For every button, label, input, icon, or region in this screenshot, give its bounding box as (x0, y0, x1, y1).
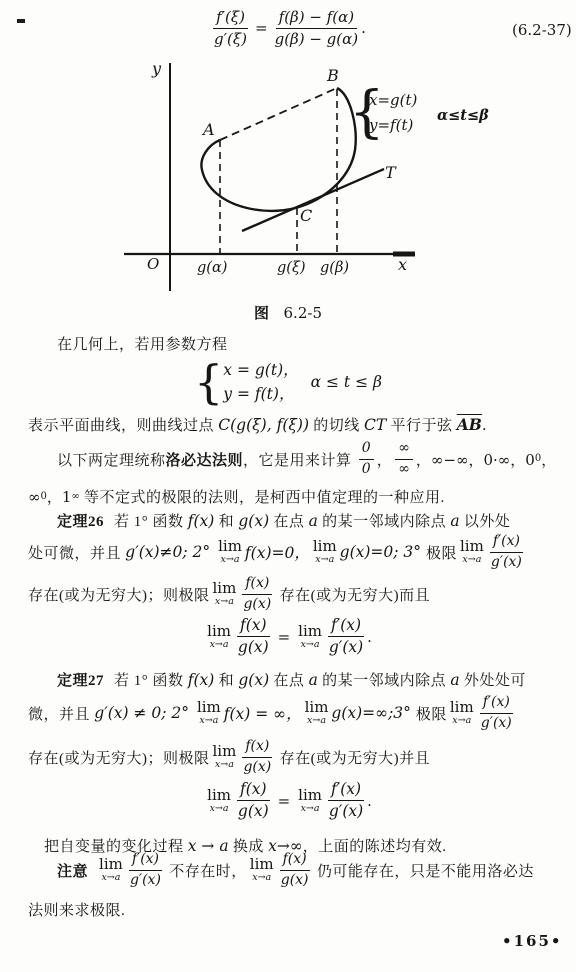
period: . (367, 792, 372, 810)
text: 法则来求极限. (28, 899, 125, 920)
math-a: a (309, 512, 318, 530)
text: 外处处可 (460, 669, 526, 690)
math-g-limit-zero: g(x)=0; 3° (340, 543, 426, 561)
figure-caption: 图 6.2-5 (0, 302, 576, 323)
text: 和 (214, 669, 238, 690)
denominator: g′(x) (130, 871, 161, 890)
math-g-prime-nonzero: g′(x) ≠ 0; 2° (94, 704, 194, 722)
caption-number: 6.2-5 (284, 304, 322, 322)
lim-word: lim (460, 539, 484, 554)
lim-word: lim (213, 581, 237, 596)
math-f-x: f(x) (188, 512, 215, 530)
numerator: f(x) (280, 851, 310, 871)
math-point-C: C(g(ξ), f(ξ)) (218, 416, 309, 434)
lim-word: lim (305, 700, 329, 715)
fraction: f′(ξ) g′(ξ) (213, 8, 248, 49)
math-CT: CT (364, 416, 386, 434)
limit: limx→a (305, 700, 329, 726)
numerator: ∞ (395, 440, 413, 460)
numerator: f(x) (237, 780, 270, 801)
lim-subscript: x→a (210, 640, 229, 650)
text: 和 (214, 510, 238, 531)
lim-subscript: x→a (215, 597, 234, 607)
numerator: 0 (359, 440, 374, 460)
fraction-functions: f(x)g(x) (242, 575, 272, 613)
theorem-26-line2: 处可微，并且 g′(x)≠0; 2° limx→a f(x)=0， limx→a… (28, 533, 526, 571)
lim-subscript: x→a (301, 804, 320, 814)
lim-word: lim (197, 700, 221, 715)
tick-label-g-beta: g(β) (320, 260, 349, 276)
lim-word: lim (298, 788, 322, 803)
lim-subscript: x→a (452, 716, 471, 726)
point-label-B: B (326, 66, 339, 85)
limit: limx→a (213, 744, 237, 770)
x-axis-label: x (398, 255, 407, 274)
text: 仍可能存在，只是不能用洛必达 (313, 860, 534, 881)
numerator: f′(x) (328, 616, 364, 637)
denominator: g′(x) (329, 637, 363, 657)
text: 存在(或为无穷大)；则极限 (28, 747, 210, 768)
lim-word: lim (218, 539, 242, 554)
equals-sign: = (278, 628, 291, 646)
param-y-equation: y = f(t)， (223, 382, 298, 406)
denominator: g′(x) (329, 801, 363, 821)
text: 的某一邻域内除点 (318, 510, 451, 531)
text: 在点 (269, 510, 309, 531)
denominator: g(x) (243, 595, 271, 614)
note-label: 注意 (57, 860, 88, 881)
fraction: f(β) − f(α) g(β) − g(α) (275, 8, 359, 49)
point-label-T: T (385, 163, 397, 182)
math-f-limit-inf: f(x) = ∞， (224, 702, 302, 724)
text: 不存在时， (165, 860, 247, 881)
math-a: a (450, 512, 459, 530)
denominator: g(x) (238, 637, 269, 657)
lim-word: lim (450, 700, 474, 715)
lim-subscript: x→a (301, 640, 320, 650)
paragraph-geometry-intro: 在几何上，若用参数方程 (57, 333, 228, 354)
text: 的切线 (309, 414, 364, 435)
text: 的某一邻域内除点 (318, 669, 451, 690)
lim-subscript: x→a (215, 760, 234, 770)
text: 平行于弦 (386, 414, 457, 435)
fraction-functions: f(x)g(x) (242, 738, 272, 776)
text: 在点 (269, 669, 309, 690)
denominator: 0 (362, 460, 371, 479)
period: . (482, 416, 487, 434)
fraction-derivatives: f′(x)g′(x) (480, 694, 513, 732)
math-chord-AB: AB (457, 415, 482, 434)
fraction-functions: f(x)g(x) (237, 780, 270, 822)
parametric-system-display: { x = g(t)， y = f(t)， α ≤ t ≤ β (0, 358, 576, 406)
text: 极限 (426, 542, 457, 563)
text: 等不定式的极限的法则，是柯西中值定理的一种应用. (80, 486, 445, 507)
denominator: g(x) (238, 801, 269, 821)
equals-sign: = (278, 792, 291, 810)
tangent-line-CT (242, 169, 384, 231)
lim-subscript: x→a (315, 555, 334, 565)
lim-subscript: x→a (101, 873, 120, 883)
numerator: f(x) (242, 575, 272, 595)
limit: limx→a (460, 539, 484, 565)
lim-subscript: x→a (199, 716, 218, 726)
lim-subscript: x→a (252, 873, 271, 883)
numerator: f′(x) (129, 851, 162, 871)
text: 存在(或为无穷大)；则极限 (28, 584, 210, 605)
denominator: g(x) (243, 758, 271, 777)
note-line1: 注意 limx→a f′(x)g′(x) 不存在时， limx→a f(x)g(… (57, 851, 534, 889)
fraction-derivatives: f′(x)g′(x) (328, 616, 364, 658)
numerator: f′(x) (490, 533, 523, 553)
caption-label: 图 (254, 306, 270, 322)
lhopital-rule-name: 洛必达法则 (166, 449, 244, 470)
numerator: f′(x) (480, 694, 513, 714)
theorem-26-equation: limx→a f(x)g(x) = limx→a f′(x)g′(x) . (0, 616, 576, 658)
lim-word: lim (207, 788, 231, 803)
text: 若 1° 函数 (114, 510, 188, 531)
indeterminate-forms: ，∞−∞，0·∞，0 (416, 449, 535, 470)
lim-word: lim (250, 857, 274, 872)
text: 以下两定理统称 (57, 449, 166, 470)
denominator: g′(x) (491, 553, 522, 572)
fraction-zero-over-zero: 00 (359, 440, 374, 478)
point-label-A: A (201, 120, 215, 139)
lim-subscript: x→a (210, 804, 229, 814)
text: 存在(或为无穷大)并且 (275, 747, 430, 768)
paragraph-lhopital-intro-line1: 以下两定理统称洛必达法则，它是用来计算 00 ， ∞∞ ，∞−∞，0·∞，00， (57, 440, 557, 478)
theorem-26-line3: 存在(或为无穷大)；则极限 limx→a f(x)g(x) 存在(或为无穷大)而… (28, 575, 430, 613)
param-range: α≤t≤β (437, 107, 489, 124)
limit: limx→a (207, 624, 231, 650)
limit: limx→a (313, 539, 337, 565)
text: ，它是用来计算 (243, 449, 356, 470)
theorem-26-line1: 定理26 若 1° 函数 f(x) 和 g(x) 在点 a 的某一邻域内除点 a… (57, 510, 510, 531)
textbook-page: f′(ξ) g′(ξ) = f(β) − f(α) g(β) − g(α) . … (0, 0, 576, 972)
fraction-functions: f(x)g(x) (237, 616, 270, 658)
math-g-x: g(x) (238, 671, 269, 689)
text: 极限 (416, 703, 447, 724)
theorem-27-label: 定理27 (57, 669, 104, 690)
param-x-equation: x = g(t)， (223, 358, 298, 382)
limit: limx→a (218, 539, 242, 565)
comma: ， (541, 449, 557, 470)
fraction-derivatives: f′(x)g′(x) (490, 533, 523, 571)
fraction-derivatives: f′(x)g′(x) (129, 851, 162, 889)
limit: limx→a (450, 700, 474, 726)
math-g-prime-nonzero: g′(x)≠0; 2° (125, 543, 215, 561)
text: 微，并且 (28, 703, 94, 724)
param-y-equation: y=f(t) (368, 116, 413, 134)
limit: limx→a (207, 788, 231, 814)
numerator: f(x) (237, 616, 270, 637)
lim-word: lim (207, 624, 231, 639)
paragraph-lhopital-intro-line2: ∞0，1∞ 等不定式的极限的法则，是柯西中值定理的一种应用. (28, 486, 445, 507)
theorem-27-line3: 存在(或为无穷大)；则极限 limx→a f(x)g(x) 存在(或为无穷大)并… (28, 738, 430, 776)
tick-label-g-xi: g(ξ) (277, 260, 306, 276)
limit: limx→a (213, 581, 237, 607)
math-f-x: f(x) (188, 671, 215, 689)
limit: limx→a (99, 857, 123, 883)
math-f-limit-zero: f(x)=0， (245, 541, 310, 563)
fraction-functions: f(x)g(x) (280, 851, 310, 889)
text: 存在(或为无穷大)而且 (275, 584, 430, 605)
lim-subscript: x→a (307, 716, 326, 726)
equals-sign: = (255, 19, 268, 37)
lim-subscript: x→a (462, 555, 481, 565)
math-a: a (309, 671, 318, 689)
brace: { (194, 359, 223, 405)
numerator: f′(x) (328, 780, 364, 801)
superscript: ∞ (71, 492, 79, 502)
fraction-derivatives: f′(x)g′(x) (328, 780, 364, 822)
figure-6-2-5: y x O A B C T g(α) g(ξ) g(β) { x=g(t) y=… (0, 57, 576, 309)
numerator: f(x) (242, 738, 272, 758)
page-number: •165• (502, 932, 563, 950)
text: ，1 (47, 486, 72, 507)
text: 表示平面曲线，则曲线过点 (28, 414, 218, 435)
param-range: α ≤ t ≤ β (311, 373, 382, 391)
math-g-x: g(x) (238, 512, 269, 530)
denominator: ∞ (398, 460, 410, 479)
tick-label-g-alpha: g(α) (197, 260, 227, 276)
lim-word: lim (298, 624, 322, 639)
numerator: f′(ξ) (213, 8, 248, 29)
note-line2: 法则来求极限. (28, 899, 125, 920)
period: . (367, 628, 372, 646)
equation-cauchy-mvt: f′(ξ) g′(ξ) = f(β) − f(α) g(β) − g(α) . (0, 8, 576, 49)
param-x-equation: x=g(t) (369, 91, 418, 109)
paragraph-tangent-parallel-chord: 表示平面曲线，则曲线过点 C(g(ξ), f(ξ)) 的切线 CT 平行于弦 A… (28, 414, 487, 435)
lim-word: lim (213, 744, 237, 759)
equation-number: (6.2-37) (512, 21, 572, 39)
limit: limx→a (298, 624, 322, 650)
fraction-inf-over-inf: ∞∞ (395, 440, 413, 478)
system-lines: x = g(t)， y = f(t)， (223, 358, 298, 406)
text: 若 1° 函数 (114, 669, 188, 690)
comma: ， (377, 449, 393, 470)
point-label-C: C (300, 206, 312, 225)
chord-AB (220, 88, 337, 140)
text: 以外处 (460, 510, 511, 531)
theorem-27-equation: limx→a f(x)g(x) = limx→a f′(x)g′(x) . (0, 780, 576, 822)
denominator: g′(x) (481, 714, 512, 733)
math-a: a (450, 671, 459, 689)
lim-subscript: x→a (221, 555, 240, 565)
text: 在几何上，若用参数方程 (57, 333, 228, 354)
denominator: g(β) − g(α) (275, 29, 359, 49)
math-g-limit-inf: g(x)=∞;3° (331, 704, 415, 722)
limit: limx→a (197, 700, 221, 726)
y-axis-label: y (151, 59, 162, 78)
theorem-27-line1: 定理27 若 1° 函数 f(x) 和 g(x) 在点 a 的某一邻域内除点 a… (57, 669, 526, 690)
limit: limx→a (250, 857, 274, 883)
denominator: g(x) (281, 871, 309, 890)
text: 处可微，并且 (28, 542, 125, 563)
lim-word: lim (313, 539, 337, 554)
limit: limx→a (298, 788, 322, 814)
theorem-27-line2: 微，并且 g′(x) ≠ 0; 2° limx→a f(x) = ∞， limx… (28, 694, 516, 732)
infinity: ∞ (28, 488, 41, 506)
denominator: g′(ξ) (214, 29, 247, 49)
lim-word: lim (99, 857, 123, 872)
origin-label: O (147, 255, 159, 273)
theorem-26-label: 定理26 (57, 510, 104, 531)
period: . (361, 19, 366, 37)
numerator: f(β) − f(α) (276, 8, 357, 29)
brace: { (349, 80, 385, 145)
